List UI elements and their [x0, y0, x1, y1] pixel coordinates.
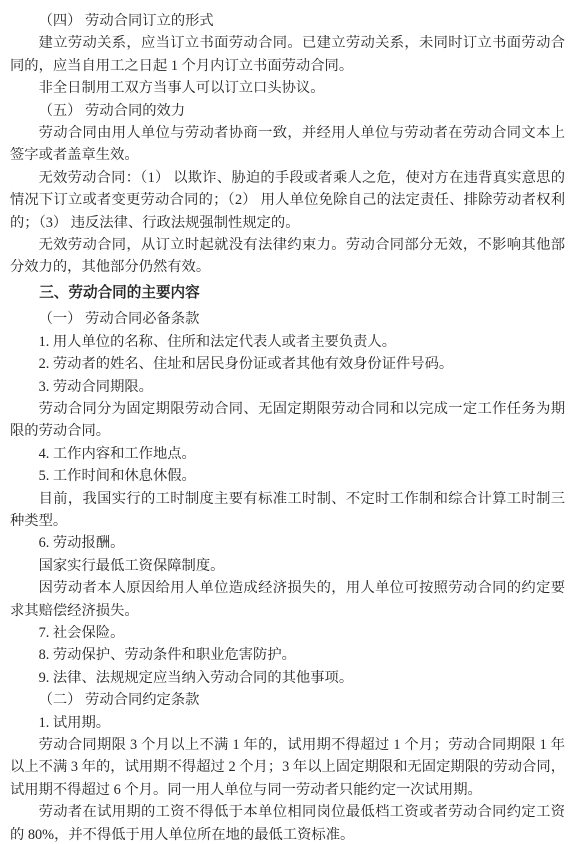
item-5-hours-rest-leave: 5. 工作时间和休息休假。 [10, 465, 565, 487]
subsection-heading-required-terms: （一） 劳动合同必备条款 [10, 308, 565, 330]
para-invalid-contract-cases: 无效劳动合同：（1） 以欺诈、胁迫的手段或者乘人之危，使对方在违背真实意思的情况… [10, 167, 565, 234]
item-4-work-content-location: 4. 工作内容和工作地点。 [10, 443, 565, 465]
item-2-worker-info: 2. 劳动者的姓名、住址和居民身份证或者其他有效身份证件号码。 [10, 353, 565, 375]
para-working-hour-systems: 目前，我国实行的工时制度主要有标准工时制、不定时工作制和综合计算工时制三种类型。 [10, 488, 565, 533]
subsection-heading-contract-form: （四） 劳动合同订立的形式 [10, 10, 565, 32]
para-probation-wage-floor: 劳动者在试用期的工资不得低于本单位相同岗位最低档工资或者劳动合同约定工资的 80… [10, 801, 565, 844]
item-1-employer-info: 1. 用人单位的名称、住所和法定代表人或者主要负责人。 [10, 331, 565, 353]
subsection-heading-agreed-terms: （二） 劳动合同约定条款 [10, 689, 565, 711]
section-heading-main-contents: 三、劳动合同的主要内容 [10, 282, 565, 304]
subsection-heading-contract-validity: （五） 劳动合同的效力 [10, 100, 565, 122]
item-8-labor-protection: 8. 劳动保护、劳动条件和职业危害防护。 [10, 644, 565, 666]
document-page: （四） 劳动合同订立的形式 建立劳动关系，应当订立书面劳动合同。已建立劳动关系，… [0, 0, 573, 844]
item-7-social-insurance: 7. 社会保险。 [10, 622, 565, 644]
item-9-other-statutory-matters: 9. 法律、法规规定应当纳入劳动合同的其他事项。 [10, 667, 565, 689]
para-economic-loss-compensation: 因劳动者本人原因给用人单位造成经济损失的，用人单位可按照劳动合同的约定要求其赔偿… [10, 577, 565, 622]
item-3-contract-term: 3. 劳动合同期限。 [10, 376, 565, 398]
para-contract-effectiveness: 劳动合同由用人单位与劳动者协商一致，并经用人单位与劳动者在劳动合同文本上签字或者… [10, 122, 565, 167]
para-contract-term-types: 劳动合同分为固定期限劳动合同、无固定期限劳动合同和以完成一定工作任务为期限的劳动… [10, 398, 565, 443]
item-1-probation-period: 1. 试用期。 [10, 712, 565, 734]
item-6-remuneration: 6. 劳动报酬。 [10, 532, 565, 554]
para-invalid-contract-effect: 无效劳动合同，从订立时起就没有法律约束力。劳动合同部分无效，不影响其他部分效力的… [10, 234, 565, 279]
para-minimum-wage-system: 国家实行最低工资保障制度。 [10, 555, 565, 577]
para-probation-limits: 劳动合同期限 3 个月以上不满 1 年的，试用期不得超过 1 个月；劳动合同期限… [10, 734, 565, 801]
para-parttime-oral-agreement: 非全日制用工双方当事人可以订立口头协议。 [10, 77, 565, 99]
para-written-contract-rule: 建立劳动关系，应当订立书面劳动合同。已建立劳动关系，未同时订立书面劳动合同的，应… [10, 32, 565, 77]
